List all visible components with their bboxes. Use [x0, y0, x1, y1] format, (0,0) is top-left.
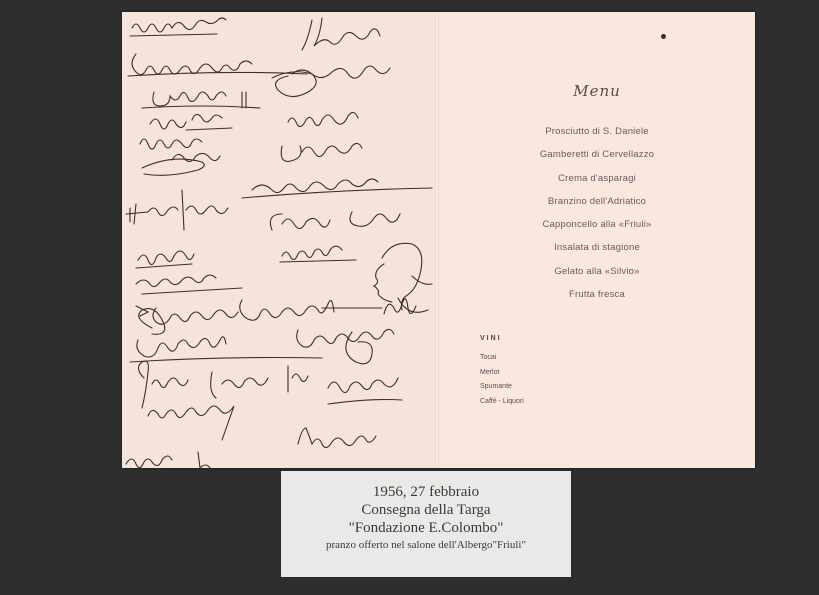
- vini-item: Spumante: [480, 380, 524, 395]
- handwritten-signatures: [122, 12, 437, 468]
- menu-page: Menu Prosciutto di S. Daniele Gamberetti…: [439, 12, 755, 468]
- menu-item: Crema d'asparagi: [439, 167, 755, 190]
- vini-item: Caffè - Liquori: [480, 395, 524, 410]
- caption-date: 1956, 27 febbraio: [281, 483, 571, 501]
- vini-title: VINI: [480, 335, 502, 342]
- signatures-page: [122, 12, 437, 468]
- menu-item: Insalata di stagione: [439, 236, 755, 259]
- vini-item: Merlot: [480, 366, 524, 381]
- menu-card: Menu Prosciutto di S. Daniele Gamberetti…: [122, 12, 755, 468]
- vini-item: Tocai: [480, 351, 524, 366]
- menu-item: Prosciutto di S. Daniele: [439, 120, 755, 143]
- caption-label: 1956, 27 febbraio Consegna della Targa "…: [281, 471, 571, 577]
- menu-item: Gelato alla «Silvio»: [439, 260, 755, 283]
- caption-venue: pranzo offerto nel salone dell'Albergo"F…: [281, 537, 571, 553]
- menu-title: Menu: [439, 82, 755, 100]
- caption-foundation: "Fondazione E.Colombo": [281, 519, 571, 537]
- menu-item: Gamberetti di Cervellazzo: [439, 143, 755, 166]
- menu-item: Frutta fresca: [439, 283, 755, 306]
- ink-speck: [661, 34, 666, 39]
- menu-item: Capponcello alla «Friuli»: [439, 213, 755, 236]
- vini-list: Tocai Merlot Spumante Caffè - Liquori: [480, 351, 524, 409]
- menu-item: Branzino dell'Adriatico: [439, 190, 755, 213]
- menu-list: Prosciutto di S. Daniele Gamberetti di C…: [439, 120, 755, 306]
- caption-event: Consegna della Targa: [281, 501, 571, 519]
